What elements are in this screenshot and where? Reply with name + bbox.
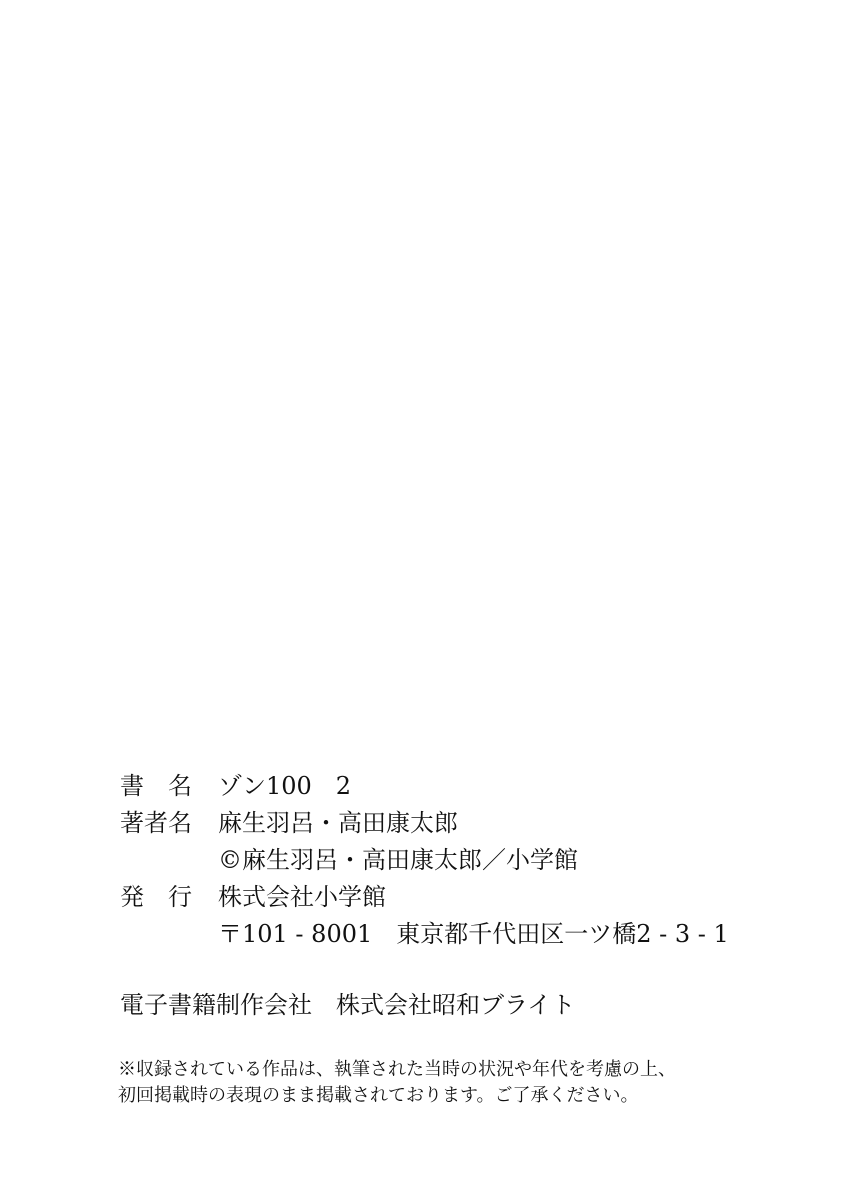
colophon-block: 書 名ゾン100 2 著者名麻生羽呂・高田康太郎 ©麻生羽呂・高田康太郎／小学館…: [120, 768, 729, 953]
colophon-row-publisher: 発 行株式会社小学館: [120, 879, 729, 916]
disclaimer-line-1: ※収録されている作品は、執筆された当時の状況や年代を考慮の上、: [118, 1057, 676, 1083]
colophon-row-title: 書 名ゾン100 2: [120, 768, 729, 805]
disclaimer-block: ※収録されている作品は、執筆された当時の状況や年代を考慮の上、 初回掲載時の表現…: [118, 1057, 676, 1109]
colophon-label-author: 著者名: [120, 805, 218, 842]
colophon-label-title: 書 名: [120, 768, 218, 805]
colophon-value-author: 麻生羽呂・高田康太郎: [218, 809, 458, 837]
colophon-row-copyright: ©麻生羽呂・高田康太郎／小学館: [120, 842, 729, 879]
colophon-value-publisher: 株式会社小学館: [218, 883, 386, 911]
colophon-row-author: 著者名麻生羽呂・高田康太郎: [120, 805, 729, 842]
colophon-value-address: 〒101 - 8001 東京都千代田区一ツ橋2 - 3 - 1: [218, 920, 729, 948]
colophon-value-title: ゾン100 2: [218, 772, 351, 800]
disclaimer-line-2: 初回掲載時の表現のまま掲載されております。ご了承ください。: [118, 1083, 676, 1109]
colophon-label-publisher: 発 行: [120, 879, 218, 916]
colophon-value-copyright: ©麻生羽呂・高田康太郎／小学館: [218, 846, 578, 874]
ebook-producer-line: 電子書籍制作会社 株式会社昭和ブライト: [120, 989, 575, 1021]
colophon-row-address: 〒101 - 8001 東京都千代田区一ツ橋2 - 3 - 1: [120, 916, 729, 953]
colophon-page: 書 名ゾン100 2 著者名麻生羽呂・高田康太郎 ©麻生羽呂・高田康太郎／小学館…: [0, 0, 847, 1200]
